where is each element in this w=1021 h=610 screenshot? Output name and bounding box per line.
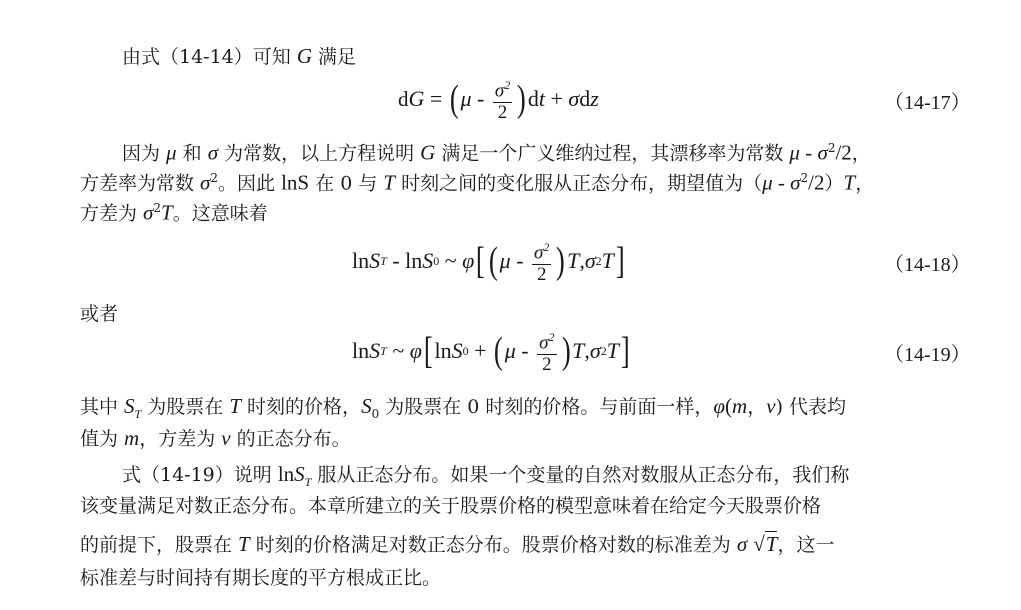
equation-14-19: lnST ~ φ [ lnS0 + ( μ - σ22 ) T, σ2T ]: [352, 326, 632, 376]
equation-number: （14-19）: [884, 338, 971, 367]
paragraph-or: 或者: [80, 302, 960, 326]
equation-number: （14-18）: [884, 248, 971, 277]
sym: ): [517, 80, 526, 118]
equation-14-17: dG = ( μ - σ22 ) dt + σdz: [398, 74, 599, 124]
sym: -: [472, 86, 490, 112]
sym: d: [528, 86, 539, 112]
text: 满足: [312, 46, 356, 68]
paragraph-line: 式（14-19）说明 lnST 服从正态分布。如果一个变量的自然对数服从正态分布…: [122, 462, 1002, 494]
sym: z: [590, 86, 599, 112]
paragraph-line: 因为 μ 和 σ 为常数，以上方程说明 G 满足一个广义维纳过程，其漂移率为常数…: [122, 136, 1002, 165]
paragraph-line: 标准差与时间持有期长度的平方根成正比。: [80, 566, 960, 590]
paragraph-line: 值为 m，方差为 v 的正态分布。: [80, 426, 960, 451]
sym: =: [424, 86, 447, 112]
paragraph-line: 方差率为常数 σ2。因此 lnS 在 0 与 T 时刻之间的变化服从正态分布，期…: [80, 166, 960, 195]
sym: G: [409, 86, 425, 112]
sym: +: [545, 86, 568, 112]
fraction: σ22: [493, 75, 512, 122]
sym: d: [398, 87, 409, 112]
equation-14-18: lnST - lnS0 ~ φ [ ( μ - σ22 ) T, σ2T ]: [352, 236, 627, 286]
sym: (: [450, 80, 459, 118]
paragraph-line: 其中 ST 为股票在 T 时刻的价格，S0 为股票在 0 时刻的价格。与前面一样…: [80, 394, 960, 426]
sym: d: [579, 86, 590, 112]
sym: μ: [460, 86, 471, 112]
sym: σ: [568, 86, 579, 112]
var-G: G: [297, 44, 312, 68]
paragraph-line: 方差为 σ2T。这意味着: [80, 196, 960, 225]
paragraph-intro: 由式（14-14）可知 G 满足: [122, 44, 1002, 69]
paragraph-line: 该变量满足对数正态分布。本章所建立的关于股票价格的模型意味着在给定今天股票价格: [80, 494, 960, 518]
paragraph-line: 的前提下，股票在 T 时刻的价格满足对数正态分布。股票价格对数的标准差为 σ √…: [80, 532, 960, 557]
equation-number: （14-17）: [884, 86, 971, 115]
text: 由式（14-14）可知: [122, 46, 297, 68]
